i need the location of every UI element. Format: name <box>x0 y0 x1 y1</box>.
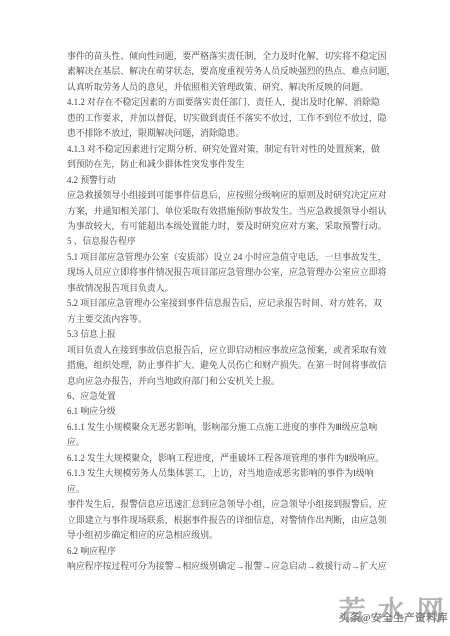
document-text-line: 5.1 项目部应急管理办公室（安质部）设立 24 小时应急值守电话，一旦事故发生… <box>67 250 389 265</box>
document-text-line: 项目负责人在接到事故信息报告后，应立即启动相应事故应急预案，或者采取有效 <box>67 343 389 358</box>
document-text-line: 5.3 信息上报 <box>67 327 389 342</box>
document-text-line: 5.2 项目部应急管理办公室接到事件信息报告后，应记录报告时间、对方姓名，双 <box>67 296 389 311</box>
document-text-line: 素解决在基层、解决在萌芽状态，要高度重视劳务人员反映强烈的热点、难点问题， <box>67 64 389 79</box>
document-text-line: 方主要交流内容等。 <box>67 312 389 327</box>
document-text-line: 立即建立与事件现场联系，根据事件报告的详细信息，对警情作出判断，由应急领 <box>67 513 389 528</box>
document-text-line: 方案，并通知相关部门、单位采取有效措施预防事故发生。当应急救援领导小组认 <box>67 204 389 219</box>
document-text-line: 应。 <box>67 482 389 497</box>
document-text-line: 应。 <box>67 435 389 450</box>
document-body-text: 事件的苗头性、倾向性问题，要严格落实责任制，全力及时化解，切实将不稳定因素解决在… <box>67 49 389 574</box>
watermark: 若水网 头条@安全生产资料库 <box>339 598 448 625</box>
document-text-line: 为事故较大，有可能超出本级处置能力时，要及时研究应对方案、采取预警行动。 <box>67 219 389 234</box>
document-text-line: 到预防在先，防止和减少群体性突发事件发生 <box>67 157 389 172</box>
document-text-line: 事件的苗头性、倾向性问题，要严格落实责任制，全力及时化解，切实将不稳定因 <box>67 49 389 64</box>
document-text-line: 导小组初步确定相应的应急相应级别。 <box>67 528 389 543</box>
document-text-line: 息向应急办报告，并向当地政府部门和公安机关上报。 <box>67 374 389 389</box>
document-text-line: 6、应急处置 <box>67 389 389 404</box>
document-text-line: 4.2 预警行动 <box>67 173 389 188</box>
document-text-line: 响应程序按过程可分为接警→相应级别确定→报警→应急启动→救援行动→扩大应 <box>67 559 389 574</box>
document-text-line: 6.2 响应程序 <box>67 544 389 559</box>
watermark-byline: 头条@安全生产资料库 <box>339 614 448 625</box>
document-text-line: 6.1.2 发生大规模聚众，影响工程进度，严重破坏工程各项管理的事件为Ⅱ级响应。 <box>67 451 389 466</box>
document-text-line: 现场人员应立即将事件情况报告项目部应急管理办公室，应急管理办公室应立即将 <box>67 265 389 280</box>
document-text-line: 4.1.3 对不稳定因素进行定期分析、研究处置对策，制定有针对性的处置预案，做 <box>67 142 389 157</box>
document-text-line: 认真听取劳务人员的意见，并依照相关管理政策、研究、解决所反映的问题。 <box>67 80 389 95</box>
document-text-line: 事故情况报告项目负责人。 <box>67 281 389 296</box>
document-text-line: 6.1.1 发生小规模聚众无恶劣影响，影响部分施工点施工进度的事件为Ⅲ级应急响 <box>67 420 389 435</box>
document-text-line: 事件发生后，报警信息应迅速汇总到应急领导小组，应急领导小组接到报警后，应 <box>67 497 389 512</box>
document-text-line: 应急救援领导小组接到可能事件信息后，应按照分级响应的原则及时研究决定应对 <box>67 188 389 203</box>
document-text-line: 措施，组织处理，防止事件扩大、避免人员伤亡和财产损失。在第一时间将事故信 <box>67 358 389 373</box>
document-text-line: 5 、信息报告程序 <box>67 234 389 249</box>
document-text-line: 患的工作要求，并加以督促，切实做到责任不落实不放过，工作不到位不放过，隐 <box>67 111 389 126</box>
document-text-line: 6.1 响应分级 <box>67 404 389 419</box>
document-text-line: 患不排除不放过，限期解决问题，消除隐患。 <box>67 126 389 141</box>
document-text-line: 6.1.3 发生大规模劳务人员集体罢工，上访，对当地造成恶劣影响的事件为Ⅰ级响 <box>67 466 389 481</box>
document-page: 事件的苗头性、倾向性问题，要严格落实责任制，全力及时化解，切实将不稳定因素解决在… <box>0 0 450 636</box>
document-text-line: 4.1.2 对存在不稳定因素的方面要落实责任部门、责任人，提出及时化解、消除隐 <box>67 95 389 110</box>
